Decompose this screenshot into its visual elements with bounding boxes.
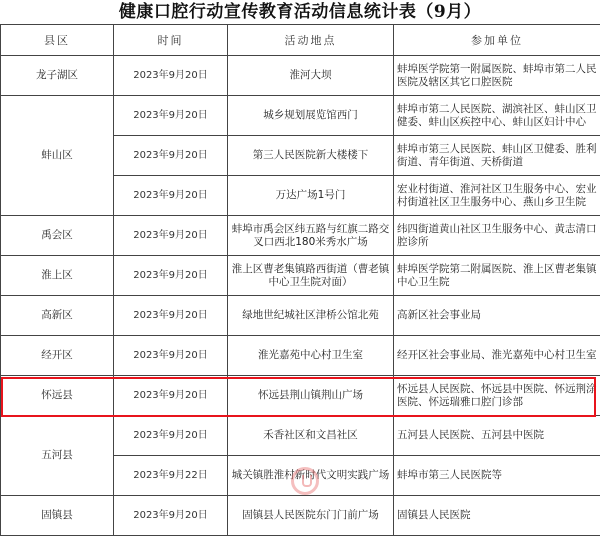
table-row: 经开区 2023年9月20日 淮光嘉苑中心村卫生室 经开区社会事业局、淮光嘉苑中… [1,336,600,376]
column-header-location: 活动地点 [228,25,394,56]
time-cell: 2023年9月20日 [114,496,228,536]
time-cell: 2023年9月20日 [114,56,228,96]
units-cell: 纬四街道黄山社区卫生服务中心、黄志清口腔诊所 [394,216,600,256]
time-cell: 2023年9月20日 [114,416,228,456]
table-row: 龙子湖区 2023年9月20日 淮河大坝 蚌埠医学院第一附属医院、蚌埠市第二人民… [1,56,600,96]
time-cell: 2023年9月20日 [114,216,228,256]
units-cell: 高新区社会事业局 [394,296,600,336]
table-header-row: 县区 时间 活动地点 参加单位 [1,25,600,56]
time-cell: 2023年9月20日 [114,256,228,296]
county-cell: 蚌山区 [1,96,114,216]
county-cell: 固镇县 [1,496,114,536]
column-header-county: 县区 [1,25,114,56]
county-cell: 龙子湖区 [1,56,114,96]
county-cell: 高新区 [1,296,114,336]
table-row: 淮上区 2023年9月20日 淮上区曹老集镇路西街道（曹老镇中心卫生院对面） 蚌… [1,256,600,296]
location-cell: 绿地世纪城社区津桥公馆北苑 [228,296,394,336]
county-cell: 禹会区 [1,216,114,256]
units-cell: 蚌埠市第二人民医院、湖滨社区、蚌山区卫健委、蚌山区疾控中心、蚌山区妇计中心 [394,96,600,136]
units-cell: 蚌埠市第三人民医院、蚌山区卫健委、胜利街道、青年街道、天桥街道 [394,136,600,176]
location-cell: 城乡规划展览馆西门 [228,96,394,136]
location-cell: 第三人民医院新大楼楼下 [228,136,394,176]
location-cell: 蚌埠市禹会区纬五路与红旗二路交叉口西北180米秀水广场 [228,216,394,256]
units-cell: 固镇县人民医院 [394,496,600,536]
units-cell: 蚌埠医学院第一附属医院、蚌埠市第二人民医院及辖区其它口腔医院 [394,56,600,96]
table-row-highlighted: 怀远县 2023年9月20日 怀远县荆山镇荆山广场 怀远县人民医院、怀远县中医院… [1,376,600,416]
location-cell: 淮上区曹老集镇路西街道（曹老镇中心卫生院对面） [228,256,394,296]
units-cell: 怀远县人民医院、怀远县中医院、怀远荆涂医院、怀远瑞雅口腔门诊部 [394,376,600,416]
county-cell: 淮上区 [1,256,114,296]
table-row: 固镇县 2023年9月20日 固镇县人民医院东门门前广场 固镇县人民医院 [1,496,600,536]
units-cell: 蚌埠市第三人民医院等 [394,456,600,496]
table-row: 高新区 2023年9月20日 绿地世纪城社区津桥公馆北苑 高新区社会事业局 [1,296,600,336]
time-cell: 2023年9月20日 [114,176,228,216]
time-cell: 2023年9月20日 [114,136,228,176]
location-cell: 固镇县人民医院东门门前广场 [228,496,394,536]
time-cell: 2023年9月20日 [114,96,228,136]
location-cell: 怀远县荆山镇荆山广场 [228,376,394,416]
location-cell: 万达广场1号门 [228,176,394,216]
time-cell: 2023年9月20日 [114,296,228,336]
time-cell: 2023年9月20日 [114,336,228,376]
units-cell: 五河县人民医院、五河县中医院 [394,416,600,456]
watermark-logo-icon [291,467,319,495]
time-cell: 2023年9月22日 [114,456,228,496]
location-cell: 淮河大坝 [228,56,394,96]
activity-table: 县区 时间 活动地点 参加单位 龙子湖区 2023年9月20日 淮河大坝 蚌埠医… [0,24,600,536]
units-cell: 宏业村街道、淮河社区卫生服务中心、宏业村街道社区卫生服务中心、燕山乡卫生院 [394,176,600,216]
table-row: 禹会区 2023年9月20日 蚌埠市禹会区纬五路与红旗二路交叉口西北180米秀水… [1,216,600,256]
page-title: 健康口腔行动宣传教育活动信息统计表（9月） [0,0,600,24]
location-cell: 禾香社区和文昌社区 [228,416,394,456]
table-row: 蚌山区 2023年9月20日 城乡规划展览馆西门 蚌埠市第二人民医院、湖滨社区、… [1,96,600,136]
column-header-units: 参加单位 [394,25,600,56]
table-row: 五河县 2023年9月20日 禾香社区和文昌社区 五河县人民医院、五河县中医院 [1,416,600,456]
units-cell: 蚌埠医学院第二附属医院、淮上区曹老集镇中心卫生院 [394,256,600,296]
column-header-time: 时间 [114,25,228,56]
location-cell: 淮光嘉苑中心村卫生室 [228,336,394,376]
time-cell: 2023年9月20日 [114,376,228,416]
county-cell: 怀远县 [1,376,114,416]
county-cell: 五河县 [1,416,114,496]
units-cell: 经开区社会事业局、淮光嘉苑中心村卫生室 [394,336,600,376]
county-cell: 经开区 [1,336,114,376]
